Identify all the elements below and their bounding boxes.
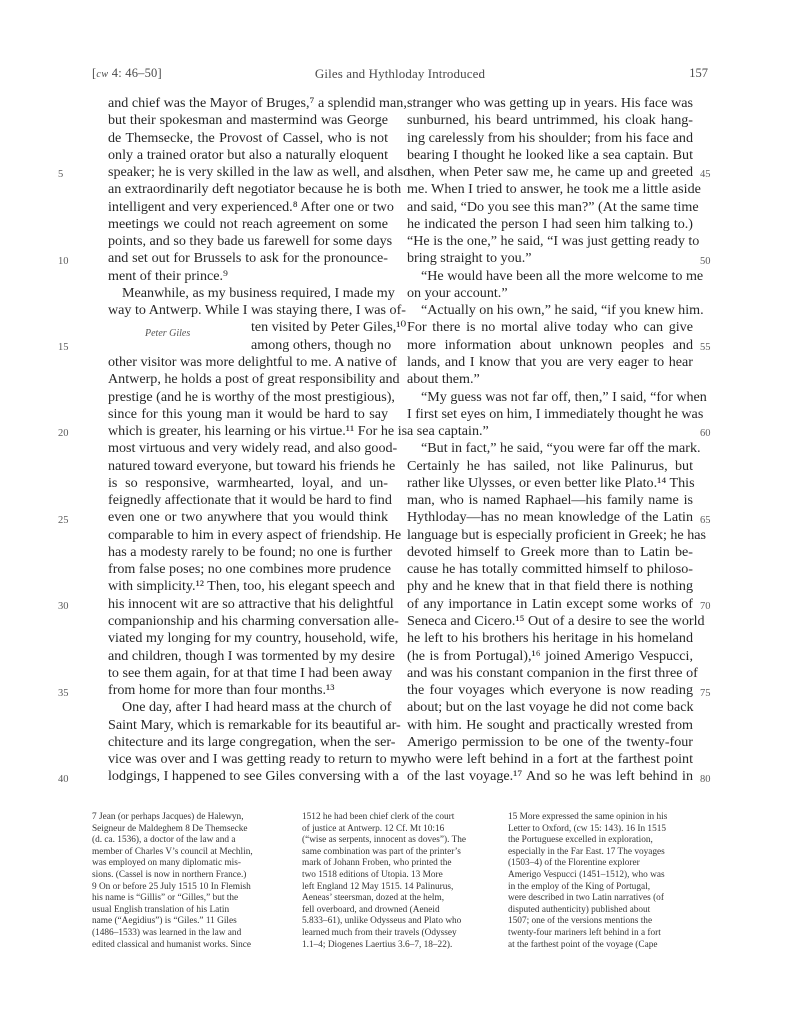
- text-line: I first set eyes on him, I immediately t…: [407, 406, 693, 423]
- text-line: ment of their prince.⁹: [108, 268, 388, 285]
- footnotes-column-1: 7 Jean (or perhaps Jacques) de Halewyn, …: [92, 812, 297, 951]
- line-number: 40: [58, 774, 69, 785]
- footnote-line: were described in two Latin narratives (…: [508, 893, 718, 905]
- text-line: prestige (and he is worthy of the most p…: [108, 389, 388, 406]
- text-line: Amerigo permission to be one of the twen…: [407, 734, 693, 751]
- text-line: stranger who was getting up in years. Hi…: [407, 95, 693, 112]
- text-line: meetings we could not reach agreement on…: [108, 216, 388, 233]
- line-number: 35: [58, 688, 69, 699]
- text-line: from false poses; no one combines more p…: [108, 561, 388, 578]
- text-line: bearing I thought he looked like a sea c…: [407, 147, 693, 164]
- book-page: [cw 4: 46–50] Giles and Hythloday Introd…: [0, 0, 791, 1024]
- text-line: sunburned, his beard untrimmed, his cloa…: [407, 112, 693, 129]
- text-line: “Actually on his own,” he said, “if you …: [407, 302, 693, 319]
- line-number: 55: [700, 342, 711, 353]
- text-line: he left to his brothers his heritage in …: [407, 630, 693, 647]
- footnote-line: especially in the Far East. 17 The voyag…: [508, 847, 718, 859]
- text-line: lands, and I know that you are very eage…: [407, 354, 693, 371]
- line-number: 60: [700, 428, 711, 439]
- text-line: is so responsive, warmhearted, loyal, an…: [108, 475, 388, 492]
- text-line: intelligent and very experienced.⁸ After…: [108, 199, 388, 216]
- text-line: most virtuous and very widely read, and …: [108, 440, 388, 457]
- text-line: “My guess was not far off, then,” I said…: [407, 389, 693, 406]
- footnote-line: fell overboard, and drowned (Aeneid: [302, 905, 507, 917]
- text-line: since for this young man it would be har…: [108, 406, 388, 423]
- text-line: ten visited by Peter Giles,¹⁰: [251, 319, 388, 336]
- text-line: phy and he knew that in that field there…: [407, 578, 693, 595]
- text-line: Antwerp, he holds a post of great respon…: [108, 371, 388, 388]
- line-number: 30: [58, 601, 69, 612]
- footnote-line: (1486–1533) was learned in the law and: [92, 928, 297, 940]
- page-number: 157: [689, 66, 708, 81]
- text-line: speaker; he is very skilled in the law a…: [108, 164, 388, 181]
- text-line: devoted himself to Greek more than to La…: [407, 544, 693, 561]
- footnote-line: Seigneur de Maldeghem 8 De Themsecke: [92, 824, 297, 836]
- text-line: points, and so they bade us farewell for…: [108, 233, 388, 250]
- text-line: natured toward everyone, but toward his …: [108, 458, 388, 475]
- text-line: about them.”: [407, 371, 693, 388]
- text-line: an extraordinarily deft negotiator becau…: [108, 181, 388, 198]
- footnote-line: twenty-four mariners left behind in a fo…: [508, 928, 718, 940]
- footnote-line: 15 More expressed the same opinion in hi…: [508, 812, 718, 824]
- line-number: 10: [58, 256, 69, 267]
- text-line: language but is especially proficient in…: [407, 527, 693, 544]
- text-line: rather like Ulysses, or even better like…: [407, 475, 693, 492]
- text-line: me. When I tried to answer, he took me a…: [407, 181, 693, 198]
- footnote-line: sions. (Cassel is now in northern France…: [92, 870, 297, 882]
- line-number: 75: [700, 688, 711, 699]
- text-line: Meanwhile, as my business required, I ma…: [108, 285, 388, 302]
- text-line: and children, though I was tormented by …: [108, 648, 388, 665]
- footnote-line: mark of Johann Froben, who printed the: [302, 858, 507, 870]
- text-line: about; but on the last voyage he did not…: [407, 699, 693, 716]
- footnotes-column-3: 15 More expressed the same opinion in hi…: [508, 812, 718, 951]
- text-line: way to Antwerp. While I was staying ther…: [108, 302, 388, 319]
- footnote-line: (d. ca. 1536), a doctor of the law and a: [92, 835, 297, 847]
- footnote-line: name (“Aegidius”) is “Giles.” 11 Giles: [92, 916, 297, 928]
- footnote-line: left England 12 May 1515. 14 Palinurus,: [302, 882, 507, 894]
- text-line: One day, after I had heard mass at the c…: [108, 699, 388, 716]
- text-line: comparable to him in every aspect of fri…: [108, 527, 388, 544]
- footnote-line: in the employ of the King of Portugal,: [508, 882, 718, 894]
- text-line: only a trained orator but also a natural…: [108, 147, 388, 164]
- text-line: even one or two anywhere that you would …: [108, 509, 388, 526]
- footnote-line: at the farthest point of the voyage (Cap…: [508, 940, 718, 952]
- footnotes-column-2: 1512 he had been chief clerk of the cour…: [302, 812, 507, 951]
- footnote-line: usual English translation of his Latin: [92, 905, 297, 917]
- line-number: 65: [700, 515, 711, 526]
- line-number: 20: [58, 428, 69, 439]
- text-line: on your account.”: [407, 285, 693, 302]
- text-line: then, when Peter saw me, he came up and …: [407, 164, 693, 181]
- footnote-line: (“wise as serpents, innocent as doves”).…: [302, 835, 507, 847]
- line-number: 15: [58, 342, 69, 353]
- footnote-line: of justice at Antwerp. 12 Cf. Mt 10:16: [302, 824, 507, 836]
- text-line: of any importance in Latin except some w…: [407, 596, 693, 613]
- text-line: who were left behind in a fort at the fa…: [407, 751, 693, 768]
- text-line: Certainly he has sailed, not like Palinu…: [407, 458, 693, 475]
- text-line: and set out for Brussels to ask for the …: [108, 250, 388, 267]
- line-number: 80: [700, 774, 711, 785]
- text-line: “But in fact,” he said, “you were far of…: [407, 440, 693, 457]
- footnote-line: learned much from their travels (Odyssey: [302, 928, 507, 940]
- footnote-line: (1503–4) of the Florentine explorer: [508, 858, 718, 870]
- text-line: ing carelessly from his shoulder; from h…: [407, 130, 693, 147]
- text-line: among others, though no: [251, 337, 388, 354]
- text-line: with simplicity.¹² Then, too, his elegan…: [108, 578, 388, 595]
- text-line: (he is from Portugal),¹⁶ joined Amerigo …: [407, 648, 693, 665]
- footnote-line: two 1518 editions of Utopia. 13 More: [302, 870, 507, 882]
- footnote-line: 7 Jean (or perhaps Jacques) de Halewyn,: [92, 812, 297, 824]
- text-line: Saint Mary, which is remarkable for its …: [108, 717, 388, 734]
- line-number: 5: [58, 169, 63, 180]
- footnote-line: 9 On or before 25 July 1515 10 In Flemis…: [92, 882, 297, 894]
- chapter-title: Giles and Hythloday Introduced: [92, 66, 708, 82]
- text-line: Hythloday—has no mean knowledge of the L…: [407, 509, 693, 526]
- text-line: and chief was the Mayor of Bruges,⁷ a sp…: [108, 95, 388, 112]
- text-line: For there is no mortal alive today who c…: [407, 319, 693, 336]
- body-column-left: and chief was the Mayor of Bruges,⁷ a sp…: [108, 95, 388, 786]
- text-line: vice was over and I was getting ready to…: [108, 751, 388, 768]
- footnote-line: disputed authenticity) published about: [508, 905, 718, 917]
- footnote-line: the Portuguese excelled in exploration,: [508, 835, 718, 847]
- text-line: de Themsecke, the Provost of Cassel, who…: [108, 130, 388, 147]
- footnote-line: Aeneas’ steersman, dozed at the helm,: [302, 893, 507, 905]
- text-line: from home for more than four months.¹³: [108, 682, 388, 699]
- text-line: man, who is named Raphael—his family nam…: [407, 492, 693, 509]
- footnote-line: his name is “Gillis” or “Gilles,” but th…: [92, 893, 297, 905]
- text-line: with him. He sought and practically wres…: [407, 717, 693, 734]
- text-line: more information about unknown peoples a…: [407, 337, 693, 354]
- text-line: he indicated the person I had seen him t…: [407, 216, 693, 233]
- text-line: “He is the one,” he said, “I was just ge…: [407, 233, 693, 250]
- text-line: has a modesty rarely to be found; no one…: [108, 544, 388, 561]
- line-number: 45: [700, 169, 711, 180]
- footnote-line: edited classical and humanist works. Sin…: [92, 940, 297, 952]
- text-line: chitecture and its large congregation, w…: [108, 734, 388, 751]
- footnote-line: same combination was part of the printer…: [302, 847, 507, 859]
- running-head: [cw 4: 46–50] Giles and Hythloday Introd…: [92, 66, 708, 82]
- text-line: lodgings, I happened to see Giles conver…: [108, 768, 388, 785]
- text-line: bring straight to you.”: [407, 250, 693, 267]
- text-line: a sea captain.”: [407, 423, 693, 440]
- footnote-line: member of Charles V’s council at Mechlin…: [92, 847, 297, 859]
- text-line: feignedly affectionate that it would be …: [108, 492, 388, 509]
- text-line: but their spokesman and mastermind was G…: [108, 112, 388, 129]
- text-line: the four voyages which everyone is now r…: [407, 682, 693, 699]
- text-line: companionship and his charming conversat…: [108, 613, 388, 630]
- text-line: other visitor was more delightful to me.…: [108, 354, 388, 371]
- text-line: and was his constant companion in the fi…: [407, 665, 693, 682]
- footnote-line: was employed on many diplomatic mis-: [92, 858, 297, 870]
- footnote-line: Amerigo Vespucci (1451–1512), who was: [508, 870, 718, 882]
- text-line: and said, “Do you see this man?” (At the…: [407, 199, 693, 216]
- text-line: of the last voyage.¹⁷ And so he was left…: [407, 768, 693, 785]
- line-number: 70: [700, 601, 711, 612]
- text-line: viated my longing for my country, househ…: [108, 630, 388, 647]
- text-line: which is greater, his learning or his vi…: [108, 423, 388, 440]
- line-number: 25: [58, 515, 69, 526]
- text-line: “He would have been all the more welcome…: [407, 268, 693, 285]
- footnote-line: 5.833–61), unlike Odysseus and Plato who: [302, 916, 507, 928]
- line-number: 50: [700, 256, 711, 267]
- text-line: to see them again, for at that time I ha…: [108, 665, 388, 682]
- text-line: cause he has totally committed himself t…: [407, 561, 693, 578]
- body-column-right: stranger who was getting up in years. Hi…: [407, 95, 693, 786]
- footnote-line: 1.1–4; Diogenes Laertius 3.6–7, 18–22).: [302, 940, 507, 952]
- text-line: Seneca and Cicero.¹⁵ Out of a desire to …: [407, 613, 693, 630]
- footnote-line: 1512 he had been chief clerk of the cour…: [302, 812, 507, 824]
- footnote-line: Letter to Oxford, (cw 15: 143). 16 In 15…: [508, 824, 718, 836]
- footnote-line: 1507; one of the versions mentions the: [508, 916, 718, 928]
- text-line: his innocent wit are so attractive that …: [108, 596, 388, 613]
